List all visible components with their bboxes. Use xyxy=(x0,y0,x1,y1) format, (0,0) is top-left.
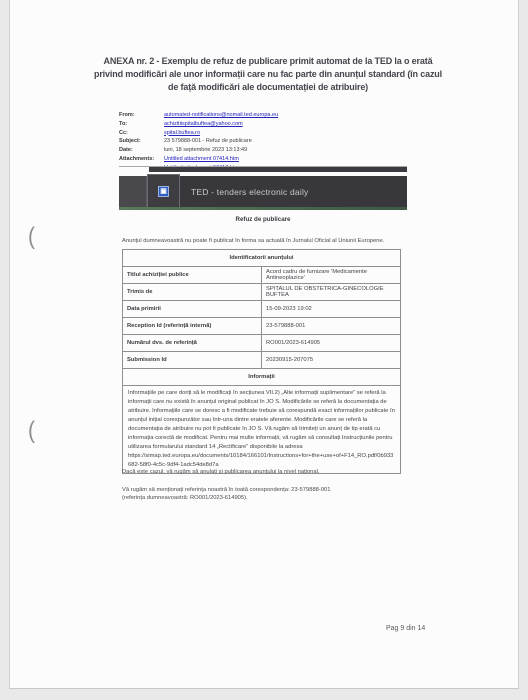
email-header: From: automated-notifications@nomail.ted… xyxy=(119,111,407,173)
row-label: Submission Id xyxy=(123,352,262,369)
info-body-text: Informațiile pe care doriți să le modifi… xyxy=(128,390,395,450)
email-cc-row: Cc: spital.buftea.ro xyxy=(119,129,407,138)
document-page: ( ( ANEXA nr. 2 - Exemplu de refuz de pu… xyxy=(9,0,519,689)
email-subject-row: Subject: 23 579888-001 - Refuz de public… xyxy=(119,137,407,146)
banner-icon-cell: ▣ xyxy=(147,174,180,209)
identifiers-header: Identificatorii anunțului xyxy=(123,250,401,267)
table-row: Trimis de SPITALUL DE OBSTETRICA-GINECOL… xyxy=(123,284,401,301)
closing-line-2: Vă rugăm să menționați referința noastră… xyxy=(122,487,407,493)
from-address-link[interactable]: automated-notifications@nomail.ted.europ… xyxy=(164,111,407,120)
binder-mark-top: ( xyxy=(28,224,35,248)
table-row: Titlul achiziției publice Acord cadru de… xyxy=(123,267,401,284)
closing-line-1: Dacă este cazul, vă rugăm să anulați și … xyxy=(122,469,407,475)
email-to-row: To: achizitiispitalbuftea@yahoo.com xyxy=(119,120,407,129)
cc-label: Cc: xyxy=(119,129,164,138)
email-date-row: Date: luni, 18 septembrie 2023 13:13:49 xyxy=(119,146,407,155)
info-body-cell: Informațiile pe care doriți să le modifi… xyxy=(123,386,401,474)
attachments-label: Attachments: xyxy=(119,155,164,164)
identifiers-table: Identificatorii anunțului Titlul achiziț… xyxy=(122,249,401,474)
date-label: Date: xyxy=(119,146,164,155)
row-value: 23-579888-001 xyxy=(262,318,401,335)
row-value: 15-09-2023 19:02 xyxy=(262,301,401,318)
info-row: Informațiile pe care doriți să le modifi… xyxy=(123,386,401,474)
closing-line-3: (referința dumneavoastră: RO001/2023-614… xyxy=(122,495,407,501)
row-label: Reception Id (referință internă) xyxy=(123,318,262,335)
table-row: Submission Id 20230915-207075 xyxy=(123,352,401,369)
row-label: Titlul achiziției publice xyxy=(123,267,262,284)
row-value: 20230915-207075 xyxy=(262,352,401,369)
row-label: Numărul dvs. de referință xyxy=(123,335,262,352)
annex-heading: ANEXA nr. 2 - Exemplu de refuz de public… xyxy=(93,55,443,94)
cc-address-link[interactable]: spital.buftea.ro xyxy=(164,129,407,138)
to-label: To: xyxy=(119,120,164,129)
row-label: Trimis de xyxy=(123,284,262,301)
row-value: Acord cadru de furnizare 'Medicamente An… xyxy=(262,267,401,284)
notice-title: Refuz de publicare xyxy=(119,216,407,223)
to-address-link[interactable]: achizitiispitalbuftea@yahoo.com xyxy=(164,120,407,129)
ted-banner-title: TED - tenders electronic daily xyxy=(191,176,309,207)
scan-artifact-bar xyxy=(149,167,407,172)
row-value: RO001/2023-614905 xyxy=(262,335,401,352)
row-value: SPITALUL DE OBSTETRICA-GINECOLOGIE BUFTE… xyxy=(262,284,401,301)
info-url-link[interactable]: https://simap.ted.europa.eu/documents/10… xyxy=(128,452,395,470)
banner-left-cell xyxy=(119,176,147,207)
subject-value: 23 579888-001 - Refuz de publicare xyxy=(164,137,407,146)
subject-label: Subject: xyxy=(119,137,164,146)
info-header: Informații xyxy=(123,369,401,386)
table-row: Numărul dvs. de referință RO001/2023-614… xyxy=(123,335,401,352)
table-header-row: Informații xyxy=(123,369,401,386)
email-from-row: From: automated-notifications@nomail.ted… xyxy=(119,111,407,120)
ted-banner: ▣ TED - tenders electronic daily xyxy=(119,176,407,207)
notice-intro-text: Anunțul dumneavoastră nu poate fi public… xyxy=(122,238,404,244)
row-label: Data primirii xyxy=(123,301,262,318)
table-header-row: Identificatorii anunțului xyxy=(123,250,401,267)
binder-mark-bottom: ( xyxy=(28,418,35,442)
date-value: luni, 18 septembrie 2023 13:13:49 xyxy=(164,146,407,155)
ted-logo-icon: ▣ xyxy=(158,186,169,197)
table-row: Reception Id (referință internă) 23-5798… xyxy=(123,318,401,335)
from-label: From: xyxy=(119,111,164,120)
attachment-link-1[interactable]: Untitled attachment 07414.htm xyxy=(164,155,407,164)
page-number: Pag 9 din 14 xyxy=(386,625,425,632)
banner-green-strip xyxy=(119,207,407,210)
table-row: Data primirii 15-09-2023 19:02 xyxy=(123,301,401,318)
